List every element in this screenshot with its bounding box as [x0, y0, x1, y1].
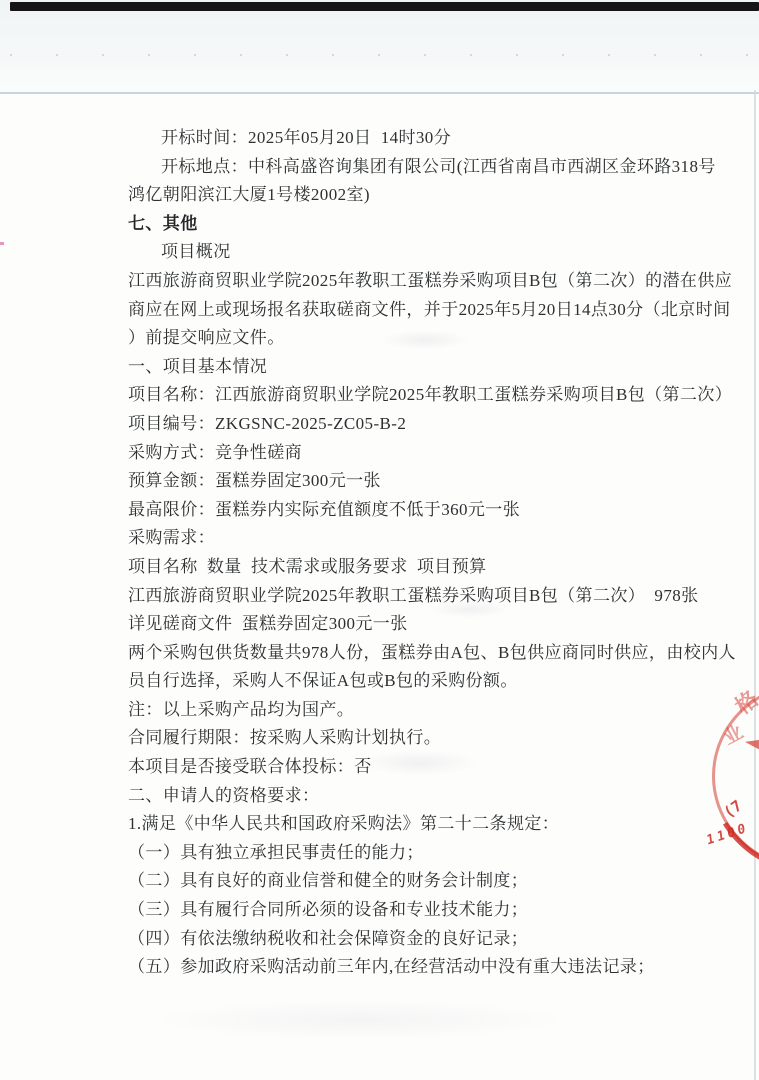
- text-line: 七、其他: [128, 210, 728, 239]
- text-line: 开标地点：中科高盛咨询集团有限公司(江西省南昌市西湖区金环路318号: [128, 153, 728, 182]
- text-line: （四）有依法缴纳税收和社会保障资金的良好记录；: [128, 925, 728, 954]
- text-line: 员自行选择，采购人不保证A包或B包的采购份额。: [128, 667, 728, 696]
- text-line: 项目概况: [128, 238, 728, 267]
- scan-top-black-bar: [10, 2, 759, 11]
- scanned-document-page: 开标时间：2025年05月20日 14时30分开标地点：中科高盛咨询集团有限公司…: [0, 0, 759, 1080]
- text-line: 预算金额：蛋糕券固定300元一张: [128, 467, 728, 496]
- text-line: 项目名称：江西旅游商贸职业学院2025年教职工蛋糕券采购项目B包（第二次）: [128, 381, 728, 410]
- scan-smudge: [150, 1000, 570, 1040]
- text-line: 注：以上采购产品均为国产。: [128, 696, 728, 725]
- text-line: ）前提交响应文件。: [128, 324, 728, 353]
- text-line: 江西旅游商贸职业学院2025年教职工蛋糕券采购项目B包（第二次）的潜在供应: [128, 267, 728, 296]
- text-line: 二、申请人的资格要求：: [128, 782, 728, 811]
- text-line: 商应在网上或现场报名获取磋商文件，并于2025年5月20日14点30分（北京时间: [128, 296, 728, 325]
- text-line: 两个采购包供货数量共978人份，蛋糕券由A包、B包供应商同时供应，由校内人: [128, 639, 728, 668]
- text-line: 1.满足《中华人民共和国政府采购法》第二十二条规定：: [128, 810, 728, 839]
- text-line: 项目名称 数量 技术需求或服务要求 项目预算: [128, 553, 728, 582]
- text-line: （二）具有良好的商业信誉和健全的财务会计制度；: [128, 867, 728, 896]
- text-line: （一）具有独立承担民事责任的能力；: [128, 839, 728, 868]
- scan-page-divider: [0, 92, 759, 94]
- text-line: 详见磋商文件 蛋糕券固定300元一张: [128, 610, 728, 639]
- scan-top-band: [0, 0, 759, 93]
- text-line: 江西旅游商贸职业学院2025年教职工蛋糕券采购项目B包（第二次） 978张: [128, 582, 728, 611]
- text-line: 采购需求：: [128, 524, 728, 553]
- text-line: 开标时间：2025年05月20日 14时30分: [128, 124, 728, 153]
- red-seal-stamp: ★ 格 业 (7 1100: [700, 680, 759, 890]
- scan-noise: [10, 54, 750, 56]
- text-line: 本项目是否接受联合体投标：否: [128, 753, 728, 782]
- text-line: 一、项目基本情况: [128, 353, 728, 382]
- text-line: 鸿亿朝阳滨江大厦1号楼2002室): [128, 181, 728, 210]
- text-line: 最高限价：蛋糕券内实际充值额度不低于360元一张: [128, 496, 728, 525]
- document-body: 开标时间：2025年05月20日 14时30分开标地点：中科高盛咨询集团有限公司…: [128, 124, 728, 982]
- text-line: 项目编号：ZKGSNC-2025-ZC05-B-2: [128, 410, 728, 439]
- edge-mark: [0, 242, 4, 245]
- text-line: （三）具有履行合同所必须的设备和专业技术能力；: [128, 896, 728, 925]
- text-line: （五）参加政府采购活动前三年内,在经营活动中没有重大违法记录；: [128, 953, 728, 982]
- page-edge-shadow: [754, 90, 756, 1080]
- text-line: 采购方式：竞争性磋商: [128, 439, 728, 468]
- text-line: 合同履行期限：按采购人采购计划执行。: [128, 724, 728, 753]
